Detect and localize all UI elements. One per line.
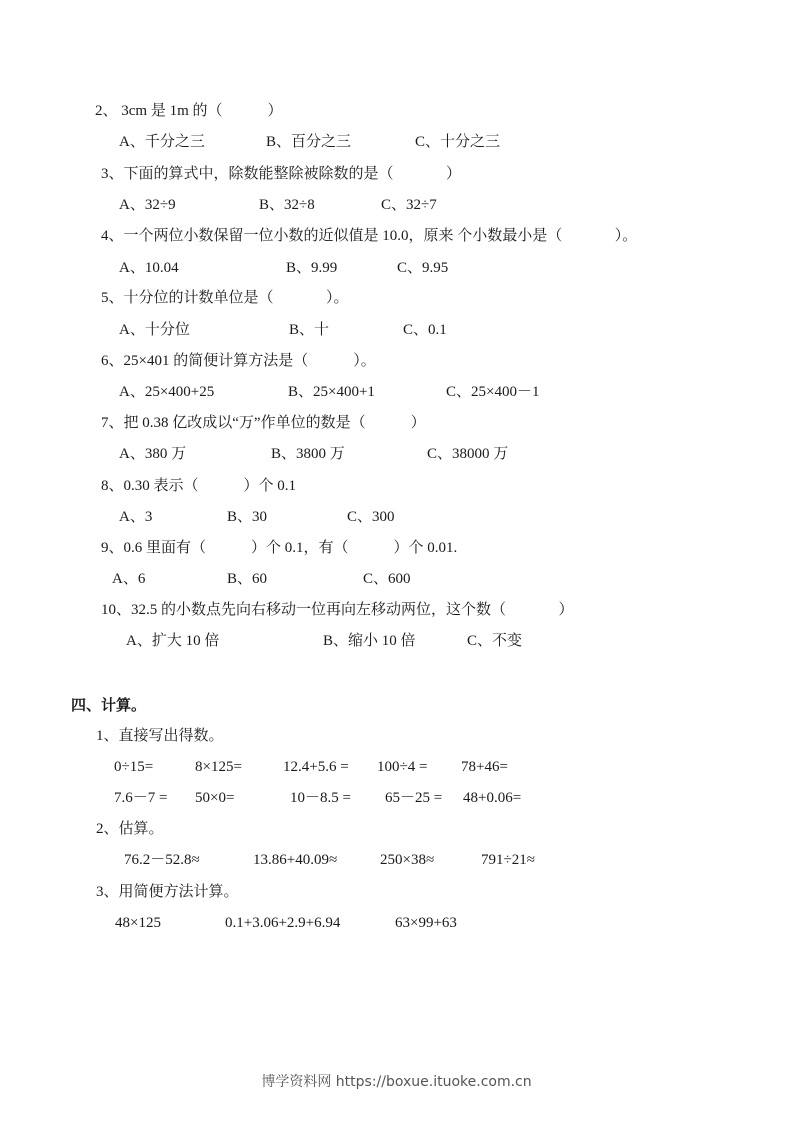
mental-math-item: 100÷4 = [377, 757, 427, 777]
question-6-option-c: C、25×400－1 [446, 382, 539, 402]
question-5-stem: 5、十分位的计数单位是（ ）。 [101, 288, 349, 308]
section-4-part-2-label: 2、估算。 [96, 819, 164, 839]
simplify-item: 0.1+3.06+2.9+6.94 [225, 913, 340, 933]
question-8-stem: 8、0.30 表示（ ）个 0.1 [101, 476, 296, 496]
estimate-item: 13.86+40.09≈ [253, 850, 337, 870]
mental-math-item: 50×0= [195, 788, 234, 808]
question-2-option-a: A、千分之三 [119, 132, 205, 152]
question-7-option-c: C、38000 万 [427, 444, 508, 464]
section-4-title: 四、计算。 [71, 695, 146, 715]
question-7-stem: 7、把 0.38 亿改成以“万”作单位的数是（ ） [101, 413, 426, 433]
section-4-part-3-label: 3、用简便方法计算。 [96, 882, 239, 902]
simplify-item: 63×99+63 [395, 913, 457, 933]
mental-math-item: 12.4+5.6 = [283, 757, 349, 777]
question-3-stem: 3、下面的算式中，除数能整除被除数的是（ ） [101, 164, 461, 184]
question-8-option-c: C、300 [347, 507, 395, 527]
question-9-option-c: C、600 [363, 569, 411, 589]
question-9-option-a: A、6 [112, 569, 145, 589]
question-4-option-b: B、9.99 [286, 258, 337, 278]
question-7-option-a: A、380 万 [119, 444, 186, 464]
mental-math-item: 0÷15= [114, 757, 153, 777]
mental-math-item: 78+46= [461, 757, 508, 777]
question-3-option-a: A、32÷9 [119, 195, 176, 215]
question-9-stem: 9、0.6 里面有（ ）个 0.1，有（ ）个 0.01. [101, 538, 457, 558]
question-3-option-b: B、32÷8 [259, 195, 315, 215]
question-8-option-b: B、30 [227, 507, 267, 527]
simplify-item: 48×125 [115, 913, 161, 933]
footer-watermark: 博学资料网 https://boxue.ituoke.com.cn [0, 1071, 793, 1091]
mental-math-item: 7.6－7 = [114, 788, 167, 808]
question-2-option-b: B、百分之三 [266, 132, 351, 152]
question-2-stem: 2、 3cm 是 1m 的（ ） [95, 101, 283, 121]
question-2-option-c: C、十分之三 [415, 132, 500, 152]
question-6-option-a: A、25×400+25 [119, 382, 214, 402]
estimate-item: 791÷21≈ [481, 850, 535, 870]
estimate-item: 76.2－52.8≈ [124, 850, 200, 870]
mental-math-item: 10－8.5 = [290, 788, 351, 808]
mental-math-item: 65－25 = [385, 788, 442, 808]
question-4-stem: 4、一个两位小数保留一位小数的近似值是 10.0，原来 个小数最小是（ ）。 [101, 226, 637, 246]
question-9-option-b: B、60 [227, 569, 267, 589]
question-10-stem: 10、32.5 的小数点先向右移动一位再向左移动两位，这个数（ ） [101, 600, 574, 620]
question-10-option-c: C、不变 [467, 631, 522, 651]
mental-math-item: 48+0.06= [463, 788, 521, 808]
question-5-option-c: C、0.1 [403, 320, 447, 340]
question-10-option-b: B、缩小 10 倍 [323, 631, 416, 651]
question-3-option-c: C、32÷7 [381, 195, 437, 215]
question-8-option-a: A、3 [119, 507, 152, 527]
question-6-stem: 6、25×401 的简便计算方法是（ ）。 [101, 351, 376, 371]
question-6-option-b: B、25×400+1 [288, 382, 375, 402]
question-7-option-b: B、3800 万 [271, 444, 345, 464]
estimate-item: 250×38≈ [380, 850, 434, 870]
mental-math-item: 8×125= [195, 757, 242, 777]
question-4-option-c: C、9.95 [397, 258, 448, 278]
question-10-option-a: A、扩大 10 倍 [126, 631, 219, 651]
section-4-part-1-label: 1、直接写出得数。 [96, 726, 224, 746]
question-5-option-b: B、十 [289, 320, 329, 340]
question-4-option-a: A、10.04 [119, 258, 179, 278]
question-5-option-a: A、十分位 [119, 320, 190, 340]
